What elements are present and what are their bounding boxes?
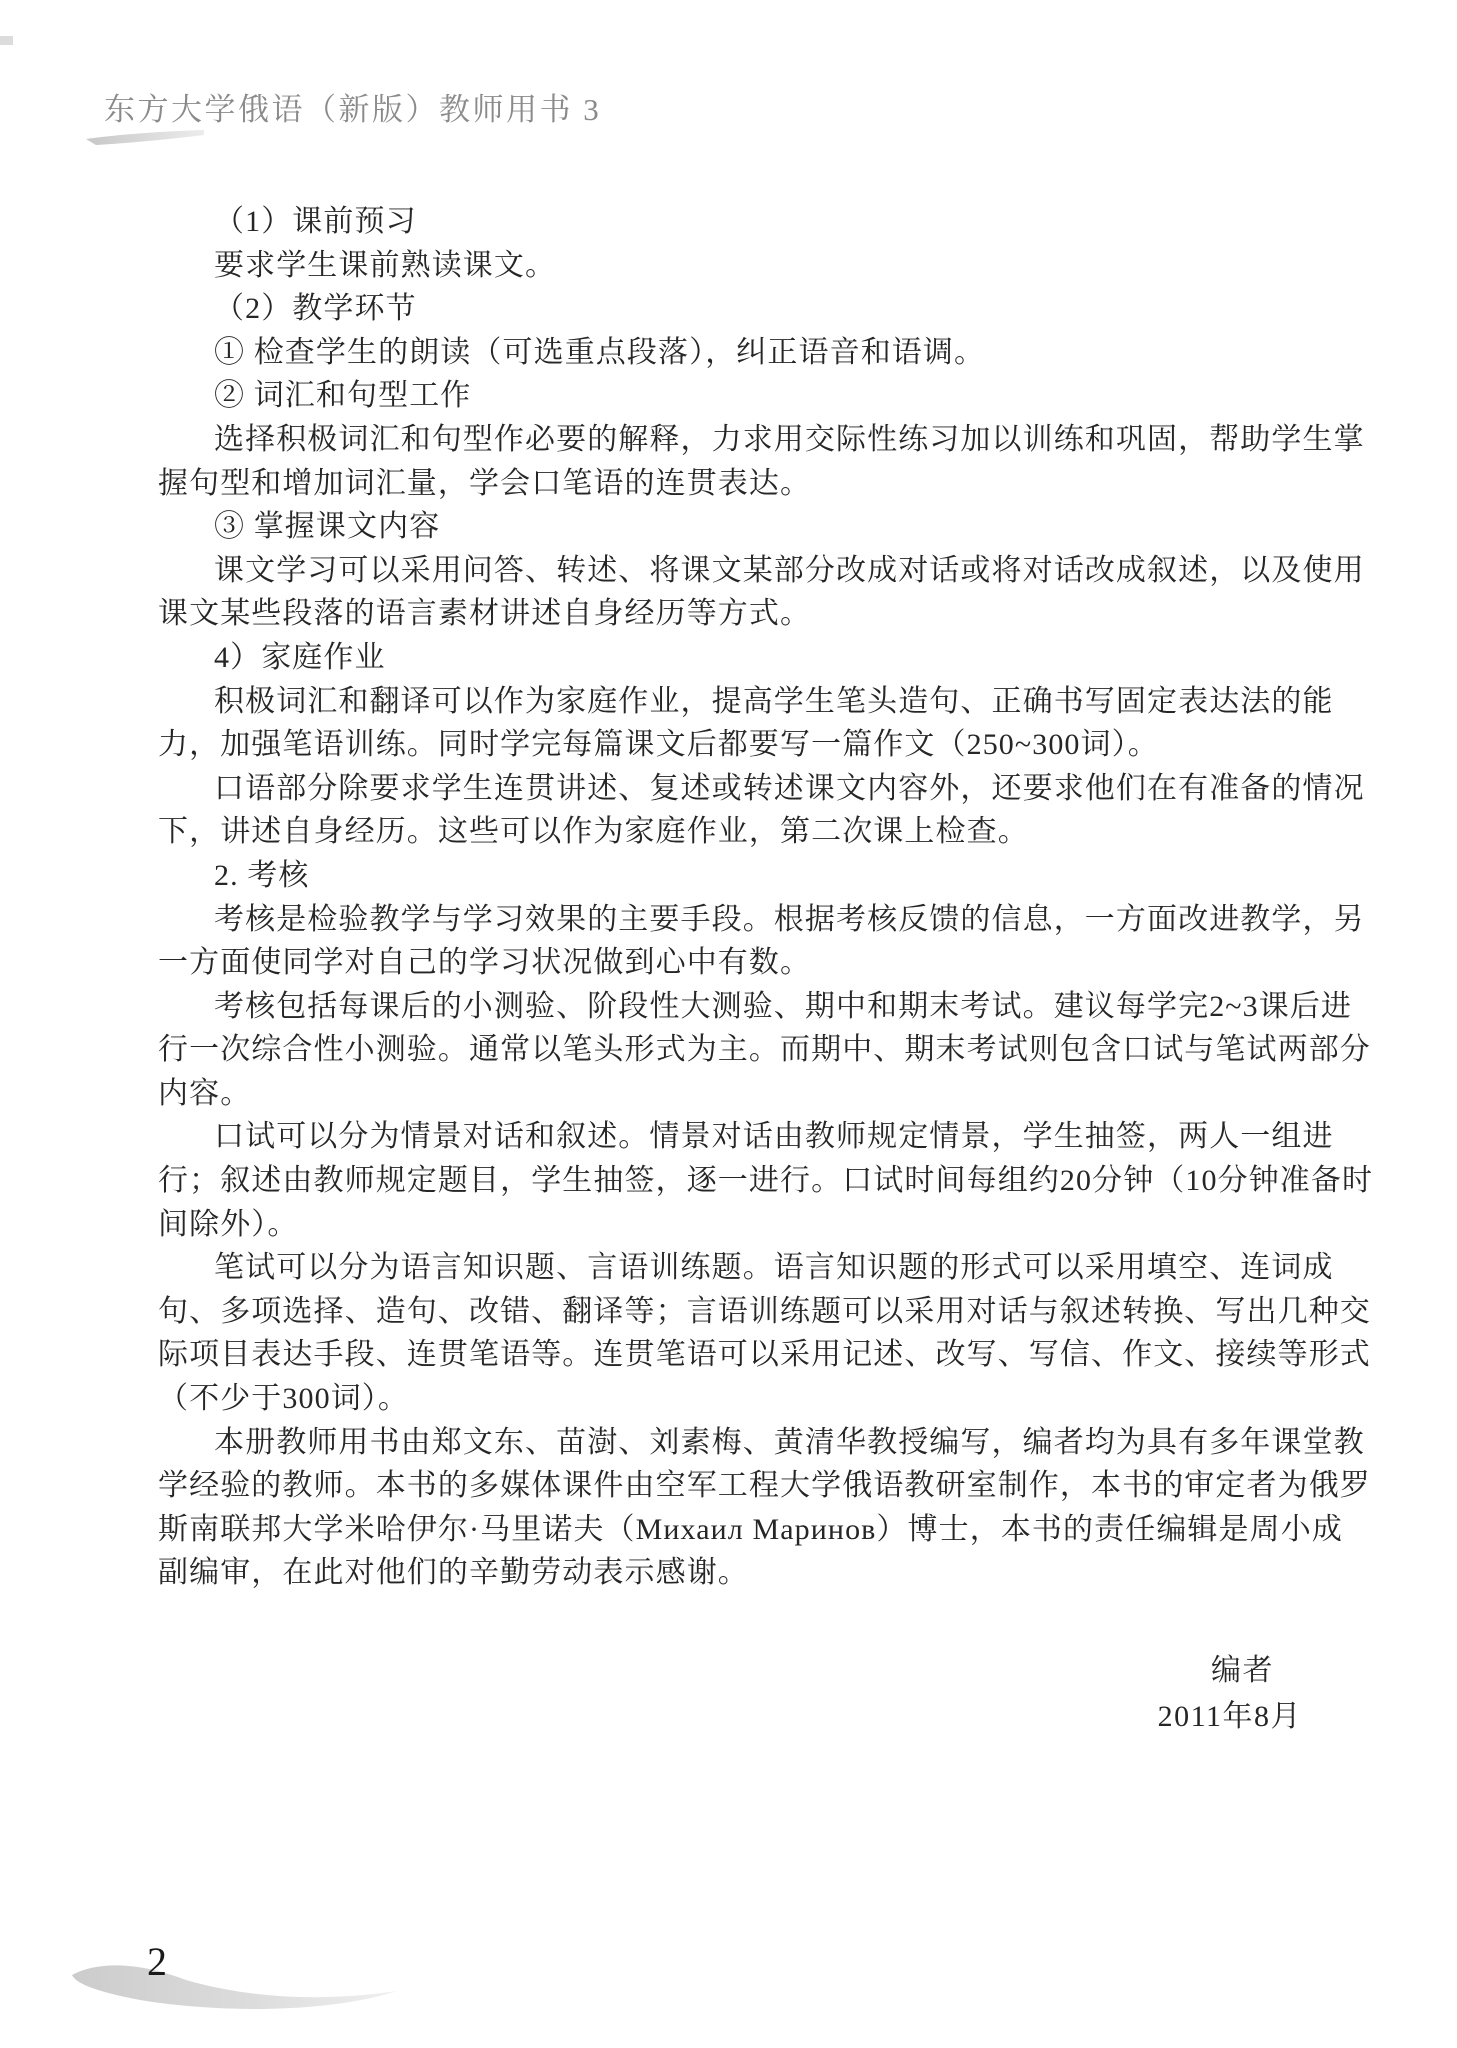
body-text-line: 积极词汇和翻译可以作为家庭作业，提高学生笔头造句、正确书写固定表达法的能	[158, 680, 1318, 724]
body-text-line: 考核是检验教学与学习效果的主要手段。根据考核反馈的信息，一方面改进教学，另	[158, 898, 1318, 942]
body-text-line: 4）家庭作业	[158, 636, 1318, 680]
footer-swoosh-decoration	[72, 1965, 397, 2009]
scan-artifact	[0, 36, 13, 45]
body-text-line: （不少于300词）。	[158, 1377, 1318, 1421]
body-text-line: 学经验的教师。本书的多媒体课件由空军工程大学俄语教研室制作，本书的审定者为俄罗	[158, 1464, 1318, 1508]
body-text-line: 选择积极词汇和句型作必要的解释，力求用交际性练习加以训练和巩固，帮助学生掌	[158, 418, 1318, 462]
body-text-line: 要求学生课前熟读课文。	[158, 244, 1318, 288]
body-text-line: 口试可以分为情景对话和叙述。情景对话由教师规定情景，学生抽签，两人一组进	[158, 1115, 1318, 1159]
body-text-line: 2. 考核	[158, 854, 1318, 898]
body-text-line: 际项目表达手段、连贯笔语等。连贯笔语可以采用记述、改写、写信、作文、接续等形式	[158, 1333, 1318, 1377]
body-text-line: 课文学习可以采用问答、转述、将课文某部分改成对话或将对话改成叙述，以及使用	[158, 549, 1318, 593]
signature-date: 2011年8月	[1158, 1694, 1302, 1740]
body-text: （1）课前预习要求学生课前熟读课文。（2）教学环节① 检查学生的朗读（可选重点段…	[158, 200, 1318, 1595]
body-text-line: 笔试可以分为语言知识题、言语训练题。语言知识题的形式可以采用填空、连词成	[158, 1246, 1318, 1290]
book-page: 东方大学俄语（新版）教师用书 3 （1）课前预习要求学生课前熟读课文。（2）教学…	[0, 0, 1457, 2048]
body-text-line: 课文某些段落的语言素材讲述自身经历等方式。	[158, 592, 1318, 636]
header-swoosh-decoration	[86, 130, 204, 145]
body-text-line: 句、多项选择、造句、改错、翻译等；言语训练题可以采用对话与叙述转换、写出几种交	[158, 1290, 1318, 1334]
body-text-line: 行；叙述由教师规定题目，学生抽签，逐一进行。口试时间每组约20分钟（10分钟准备…	[158, 1159, 1318, 1203]
body-text-line: 口语部分除要求学生连贯讲述、复述或转述课文内容外，还要求他们在有准备的情况	[158, 767, 1318, 811]
body-text-line: 本册教师用书由郑文东、苗澍、刘素梅、黄清华教授编写，编者均为具有多年课堂教	[158, 1421, 1318, 1465]
signature-block: 编者 2011年8月	[1158, 1648, 1302, 1740]
body-text-line: 斯南联邦大学米哈伊尔·马里诺夫（Михаил Маринов）博士，本书的责任编…	[158, 1508, 1318, 1552]
signature-author: 编者	[1158, 1648, 1302, 1694]
body-text-line: 行一次综合性小测验。通常以笔头形式为主。而期中、期末考试则包含口试与笔试两部分	[158, 1028, 1318, 1072]
body-text-line: 考核包括每课后的小测验、阶段性大测验、期中和期末考试。建议每学完2~3课后进	[158, 985, 1318, 1029]
body-text-line: ③ 掌握课文内容	[158, 505, 1318, 549]
body-text-line: ① 检查学生的朗读（可选重点段落），纠正语音和语调。	[158, 331, 1318, 375]
body-text-line: 一方面使同学对自己的学习状况做到心中有数。	[158, 941, 1318, 985]
body-text-line: 副编审，在此对他们的辛勤劳动表示感谢。	[158, 1551, 1318, 1595]
body-text-line: ② 词汇和句型工作	[158, 374, 1318, 418]
body-text-line: 下，讲述自身经历。这些可以作为家庭作业，第二次课上检查。	[158, 810, 1318, 854]
body-text-line: 力，加强笔语训练。同时学完每篇课文后都要写一篇作文（250~300词）。	[158, 723, 1318, 767]
body-text-line: 内容。	[158, 1072, 1318, 1116]
running-header: 东方大学俄语（新版）教师用书 3	[104, 84, 601, 129]
body-text-line: （2）教学环节	[158, 287, 1318, 331]
body-text-line: 间除外）。	[158, 1203, 1318, 1247]
body-text-line: （1）课前预习	[158, 200, 1318, 244]
body-text-line: 握句型和增加词汇量，学会口笔语的连贯表达。	[158, 462, 1318, 506]
page-number: 2	[147, 1938, 167, 1985]
